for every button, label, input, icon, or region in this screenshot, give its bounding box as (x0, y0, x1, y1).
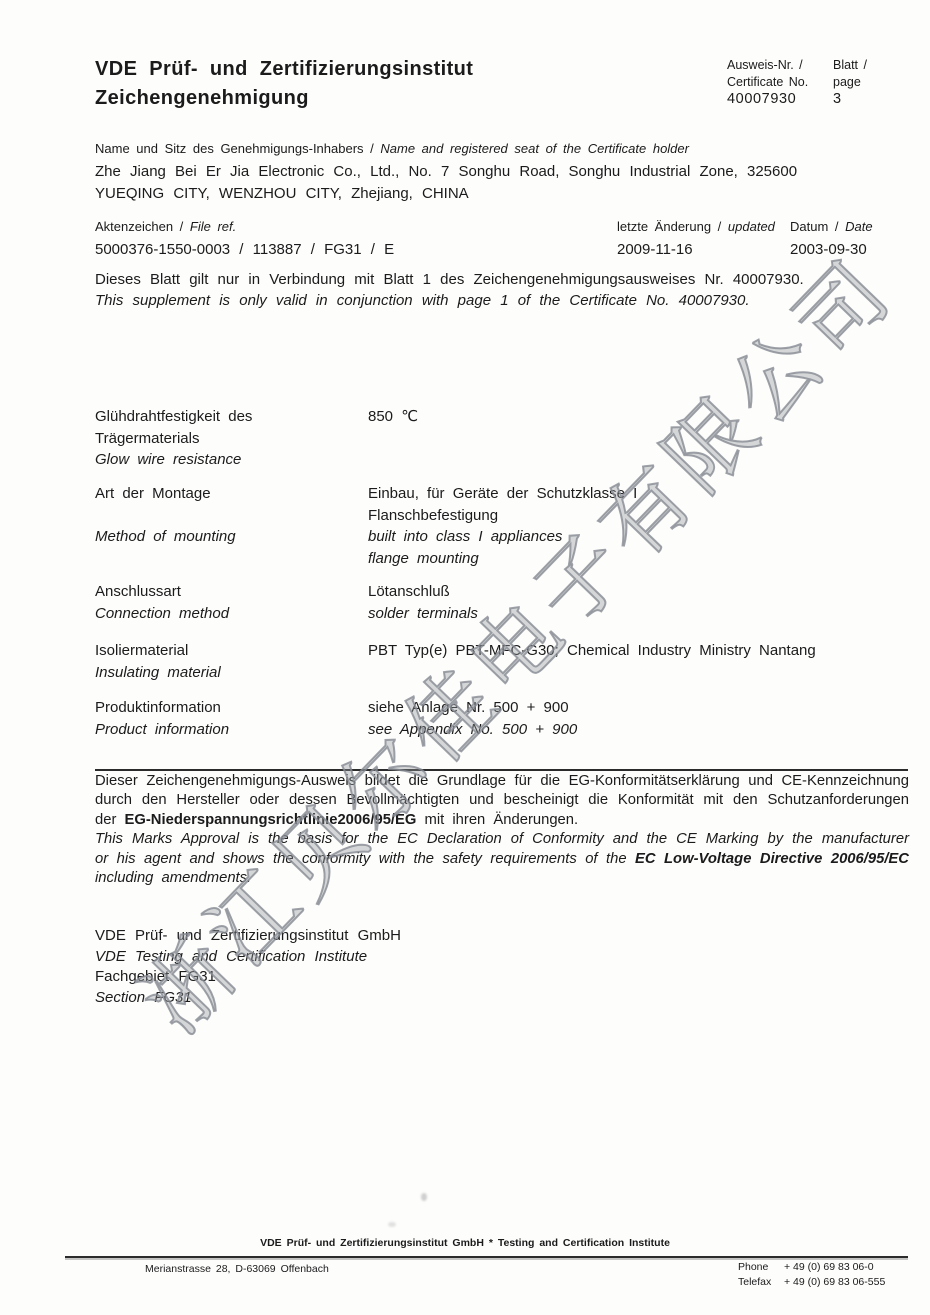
spec-value-en: built into class I appliances (368, 526, 908, 548)
issuer-block: VDE Prüf- und Zertifizierungsinstitut Gm… (95, 926, 401, 1008)
declaration-de: Dieser Zeichengenehmigungs-Ausweis bilde… (95, 772, 909, 830)
holder-address-line2: YUEQING CITY, WENZHOU CITY, Zhejiang, CH… (95, 183, 908, 205)
date-value: 2003-09-30 (790, 239, 873, 261)
page-number-value: 3 (833, 91, 867, 108)
spec-label: Isoliermaterial (95, 640, 368, 662)
spec-value-en (368, 449, 908, 471)
document-title-line1: VDE Prüf- und Zertifizierungsinstitut (95, 55, 473, 84)
spec-label (95, 505, 368, 527)
spec-glow-wire-resistance: Glühdrahtfestigkeit des850 ℃ Trägermater… (95, 406, 908, 471)
validity-note-en: This supplement is only valid in conjunc… (95, 290, 908, 311)
spec-value: Einbau, für Geräte der Schutzklasse I (368, 483, 908, 505)
document-title-line2: Zeichengenehmigung (95, 84, 473, 113)
page-number-block: Blatt / page 3 (833, 57, 867, 108)
spec-label-en: Insulating material (95, 662, 368, 684)
date-label-de: Datum / (790, 219, 845, 234)
updated-value: 2009-11-16 (617, 239, 775, 261)
spec-line: Art der MontageEinbau, für Geräte der Sc… (95, 483, 908, 505)
spec-value-en: flange mounting (368, 548, 908, 570)
declaration-en: This Marks Approval is the basis for the… (95, 830, 909, 888)
page-number-label-de: Blatt / (833, 57, 867, 74)
spec-value-en: see Appendix No. 500 + 900 (368, 719, 908, 741)
holder-block: Name und Sitz des Genehmigungs-Inhabers … (95, 140, 908, 204)
spec-label: Glühdrahtfestigkeit des (95, 406, 368, 428)
footer-institute-line: VDE Prüf- und Zertifizierungsinstitut Gm… (0, 1237, 930, 1249)
footer-phone-value: + 49 (0) 69 83 06-0 (784, 1260, 874, 1275)
updated-label-de: letzte Änderung / (617, 219, 728, 234)
holder-address-line1: Zhe Jiang Bei Er Jia Electronic Co., Ltd… (95, 161, 908, 183)
spec-label: Produktinformation (95, 697, 368, 719)
spec-line: Product informationsee Appendix No. 500 … (95, 719, 908, 741)
spec-value-en (368, 662, 908, 684)
holder-label: Name und Sitz des Genehmigungs-Inhabers … (95, 140, 908, 158)
section-divider-line (95, 769, 908, 771)
footer-phone-label: Phone (738, 1260, 784, 1275)
spec-value: PBT Typ(e) PBT-MFC-G30; Chemical Industr… (368, 640, 908, 662)
validity-note-de: Dieses Blatt gilt nur in Verbindung mit … (95, 269, 908, 290)
date-label: Datum / Date (790, 218, 873, 236)
spec-label: Anschlussart (95, 581, 368, 603)
holder-label-de: Name und Sitz des Genehmigungs-Inhabers … (95, 141, 380, 156)
spec-label-en: Method of mounting (95, 526, 368, 548)
footer-phone-row: Phone + 49 (0) 69 83 06-0 (738, 1260, 885, 1275)
date-label-en: Date (845, 219, 872, 234)
spec-value-en: solder terminals (368, 603, 908, 625)
file-ref-label-en: File ref. (190, 219, 236, 234)
validity-note: Dieses Blatt gilt nur in Verbindung mit … (95, 269, 908, 311)
page-number-label-en: page (833, 74, 867, 91)
footer-address: Merianstrasse 28, D-63069 Offenbach (145, 1263, 329, 1275)
holder-label-en: Name and registered seat of the Certific… (380, 141, 689, 156)
date-block: Datum / Date 2003-09-30 (790, 218, 873, 261)
spec-value: siehe Anlage Nr. 500 + 900 (368, 697, 908, 719)
issuer-name-en: VDE Testing and Certification Institute (95, 947, 401, 968)
scan-artifact (388, 1222, 396, 1227)
spec-line: Produktinformationsiehe Anlage Nr. 500 +… (95, 697, 908, 719)
issuer-section-de: Fachgebiet FG31 (95, 967, 401, 988)
spec-label-en: Product information (95, 719, 368, 741)
footer-fax-value: + 49 (0) 69 83 06-555 (784, 1275, 885, 1290)
scan-artifact (421, 1193, 427, 1201)
file-ref-label-de: Aktenzeichen / (95, 219, 190, 234)
spec-value: 850 ℃ (368, 406, 908, 428)
certificate-number-label-de: Ausweis-Nr. / (727, 57, 808, 74)
certificate-number-value: 40007930 (727, 91, 808, 108)
declaration-en-text-end: including amendments. (95, 870, 251, 886)
file-ref-value: 5000376-1550-0003 / 113887 / FG31 / E (95, 239, 394, 261)
spec-line: Glühdrahtfestigkeit des850 ℃ (95, 406, 908, 428)
spec-value: Lötanschluß (368, 581, 908, 603)
spec-line: Connection methodsolder terminals (95, 603, 908, 625)
spec-label-en (95, 548, 368, 570)
certificate-number-label-en: Certificate No. (727, 74, 808, 91)
updated-label-en: updated (728, 219, 775, 234)
footer-fax-row: Telefax + 49 (0) 69 83 06-555 (738, 1275, 885, 1290)
spec-value: Flanschbefestigung (368, 505, 908, 527)
spec-line: AnschlussartLötanschluß (95, 581, 908, 603)
certificate-page: 浙江贝尔佳电子有限公司 VDE Prüf- und Zertifizierung… (0, 0, 930, 1315)
spec-line: Trägermaterials (95, 428, 908, 450)
spec-label-en: Connection method (95, 603, 368, 625)
issuer-name-de: VDE Prüf- und Zertifizierungsinstitut Gm… (95, 926, 401, 947)
spec-label: Trägermaterials (95, 428, 368, 450)
spec-insulating-material: IsoliermaterialPBT Typ(e) PBT-MFC-G30; C… (95, 640, 908, 683)
spec-label-en: Glow wire resistance (95, 449, 368, 471)
declaration-de-directive: EG-Niederspannungsrichtlinie2006/95/EG (125, 812, 417, 828)
spec-line: Flanschbefestigung (95, 505, 908, 527)
issuer-section-en: Section FG31 (95, 988, 401, 1009)
declaration-en-directive: EC Low-Voltage Directive 2006/95/EC (635, 851, 909, 867)
document-title: VDE Prüf- und Zertifizierungsinstitut Ze… (95, 55, 473, 113)
footer-contact: Phone + 49 (0) 69 83 06-0 Telefax + 49 (… (738, 1260, 885, 1289)
updated-label: letzte Änderung / updated (617, 218, 775, 236)
footer-fax-label: Telefax (738, 1275, 784, 1290)
spec-method-of-mounting: Art der MontageEinbau, für Geräte der Sc… (95, 483, 908, 569)
spec-line: Insulating material (95, 662, 908, 684)
spec-line: Glow wire resistance (95, 449, 908, 471)
certificate-number-block: Ausweis-Nr. / Certificate No. 40007930 (727, 57, 808, 108)
file-ref-block: Aktenzeichen / File ref. 5000376-1550-00… (95, 218, 394, 261)
spec-label: Art der Montage (95, 483, 368, 505)
spec-line: Method of mountingbuilt into class I app… (95, 526, 908, 548)
spec-line: IsoliermaterialPBT Typ(e) PBT-MFC-G30; C… (95, 640, 908, 662)
spec-connection-method: AnschlussartLötanschluß Connection metho… (95, 581, 908, 624)
footer-divider-line (65, 1256, 908, 1258)
spec-value (368, 428, 908, 450)
file-ref-label: Aktenzeichen / File ref. (95, 218, 394, 236)
declaration-block: Dieser Zeichengenehmigungs-Ausweis bilde… (95, 772, 909, 888)
updated-block: letzte Änderung / updated 2009-11-16 (617, 218, 775, 261)
spec-line: flange mounting (95, 548, 908, 570)
spec-product-information: Produktinformationsiehe Anlage Nr. 500 +… (95, 697, 908, 740)
declaration-de-text-end: mit ihren Änderungen. (416, 812, 578, 828)
